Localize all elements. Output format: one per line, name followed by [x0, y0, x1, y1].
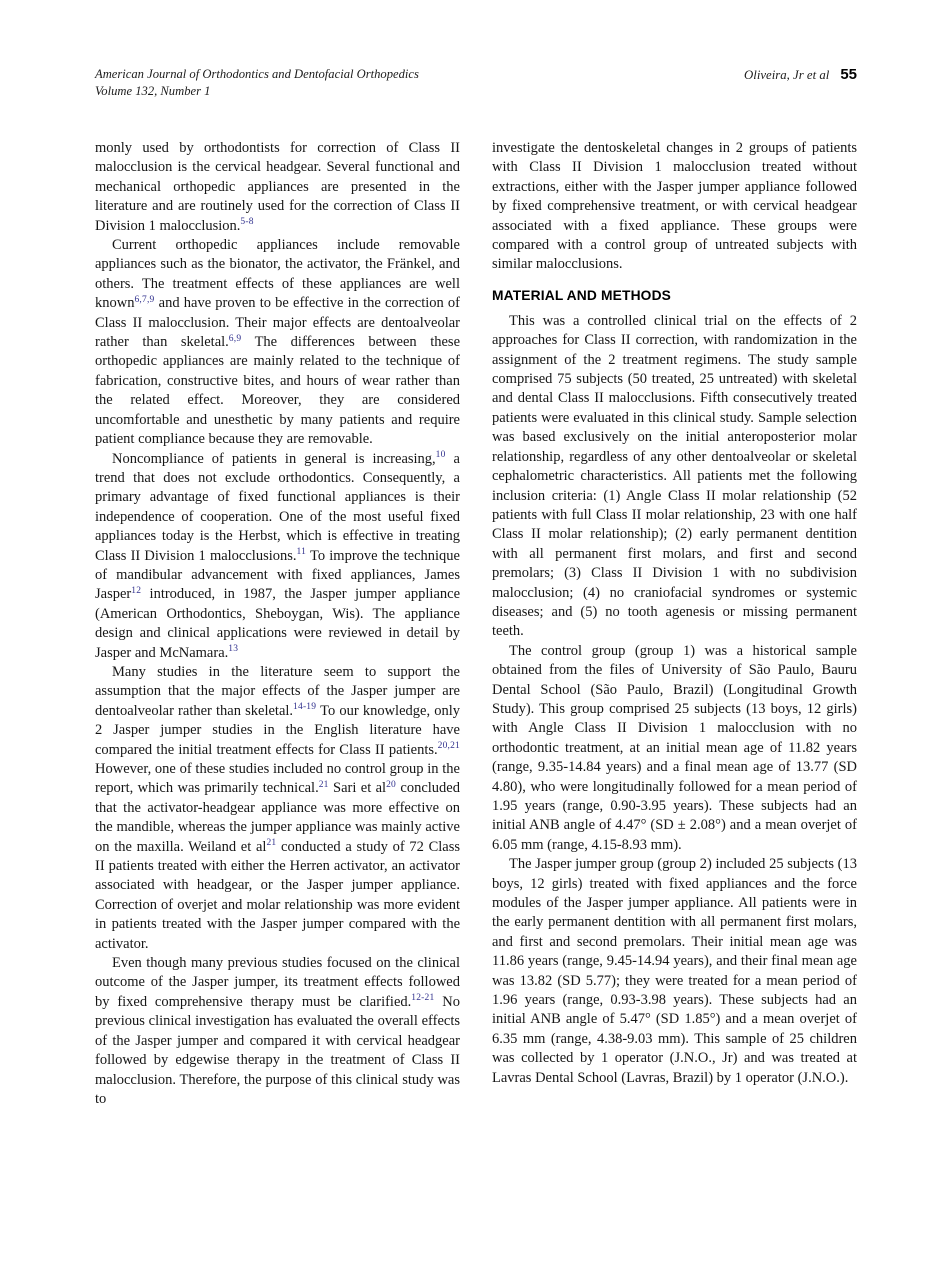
journal-volume-issue: Volume 132, Number 1 — [95, 83, 419, 100]
paragraph: investigate the dentoskeletal changes in… — [492, 139, 857, 275]
reference-citation-superscript[interactable]: 13 — [228, 644, 238, 654]
paragraph: The Jasper jumper group (group 2) includ… — [492, 855, 857, 1088]
right-column: investigate the dentoskeletal changes in… — [492, 139, 857, 1109]
reference-citation-superscript[interactable]: 12-21 — [411, 993, 434, 1003]
reference-citation-superscript[interactable]: 21 — [319, 780, 329, 790]
paragraph: Even though many previous studies focuse… — [95, 954, 460, 1109]
paragraph: monly used by orthodontists for correcti… — [95, 139, 460, 236]
reference-citation-superscript[interactable]: 20,21 — [438, 741, 460, 751]
section-heading: MATERIAL AND METHODS — [492, 288, 857, 303]
journal-identification: American Journal of Orthodontics and Den… — [95, 66, 419, 100]
paragraph: Many studies in the literature seem to s… — [95, 663, 460, 954]
journal-page: American Journal of Orthodontics and Den… — [0, 0, 950, 1272]
reference-citation-superscript[interactable]: 12 — [131, 586, 141, 596]
reference-citation-superscript[interactable]: 21 — [266, 838, 276, 848]
journal-title: American Journal of Orthodontics and Den… — [95, 66, 419, 83]
reference-citation-superscript[interactable]: 11 — [297, 547, 307, 557]
running-head-authors: Oliveira, Jr et al — [744, 68, 829, 83]
reference-citation-superscript[interactable]: 10 — [436, 450, 446, 460]
reference-citation-superscript[interactable]: 6,9 — [229, 334, 241, 344]
paragraph: The control group (group 1) was a histor… — [492, 642, 857, 855]
reference-citation-superscript[interactable]: 20 — [386, 780, 396, 790]
running-head: Oliveira, Jr et al 55 — [744, 66, 857, 83]
reference-citation-superscript[interactable]: 6,7,9 — [134, 295, 154, 305]
paragraph: Noncompliance of patients in general is … — [95, 450, 460, 663]
page-header: American Journal of Orthodontics and Den… — [95, 66, 857, 100]
paragraph: Current orthopedic appliances include re… — [95, 236, 460, 449]
page-number: 55 — [840, 66, 857, 83]
reference-citation-superscript[interactable]: 14-19 — [293, 702, 316, 712]
reference-citation-superscript[interactable]: 5-8 — [240, 217, 253, 227]
paragraph: This was a controlled clinical trial on … — [492, 312, 857, 642]
two-column-body: monly used by orthodontists for correcti… — [95, 139, 857, 1109]
left-column: monly used by orthodontists for correcti… — [95, 139, 460, 1109]
